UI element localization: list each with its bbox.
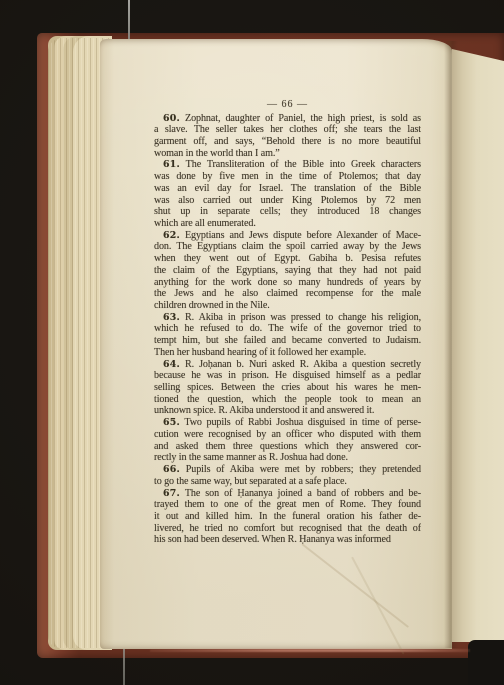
text-line: cution were recognised by an officer who… [154, 429, 421, 441]
paragraph-first-line: 65. Two pupils of Rabbi Joshua disguised… [154, 417, 421, 429]
text-line: anything for the work done so many hundr… [154, 277, 421, 289]
text-line: because he was in prison. He disguised h… [154, 370, 421, 382]
page-paragraphs: 60. Zophnat, daughter of Paniel, the hig… [154, 113, 421, 547]
text-line: garment off, and says, “Behold there is … [154, 136, 421, 148]
paragraph-number: 60. [163, 113, 180, 124]
paragraph-first-line: 66. Pupils of Akiba were met by robbers;… [154, 464, 421, 476]
text-line: to go the same way, but separated at a s… [154, 476, 421, 488]
paragraph-number: 63. [163, 312, 180, 323]
facing-page-sliver [452, 44, 504, 642]
text-line: which he refused to do. The wife of the … [154, 323, 421, 335]
text-line: which are all enumerated. [154, 218, 421, 230]
text-line: don. The Egyptians claim the spoil carri… [154, 241, 421, 253]
text-line: when they went out of Egypt. Gabiha b. P… [154, 253, 421, 265]
paragraph-first-line: 67. The son of Ḥananya joined a band of … [154, 488, 421, 500]
text-line: the Jews and he also claimed recompense … [154, 288, 421, 300]
background-notch [468, 640, 504, 685]
paragraph-number: 64. [163, 359, 180, 370]
printed-text-block: — 66 — 60. Zophnat, daughter of Paniel, … [154, 99, 421, 546]
paragraph-number: 67. [163, 488, 180, 499]
text-line: a slave. The seller takes her clothes of… [154, 124, 421, 136]
hanging-string-bottom [123, 649, 125, 685]
paragraph-number: 65. [163, 417, 180, 428]
paragraph-number: 66. [163, 464, 180, 475]
text-line: tempt him, but she failed and became con… [154, 335, 421, 347]
text-line: unknown spice. R. Akiba understood it an… [154, 405, 421, 417]
paragraph-number: 61. [163, 159, 180, 170]
text-line: woman in the world than I am.” [154, 148, 421, 160]
paragraph-first-line: 62. Egyptians and Jews dispute before Al… [154, 230, 421, 242]
text-line: was also carried out under King Ptolemos… [154, 195, 421, 207]
text-line: was an evil day for Israel. The translat… [154, 183, 421, 195]
paragraph-first-line: 60. Zophnat, daughter of Paniel, the hig… [154, 113, 421, 125]
paragraph-first-line: 64. R. Joḥanan b. Nuri asked R. Akiba a … [154, 359, 421, 371]
text-line: trayed them to one of the great men of R… [154, 499, 421, 511]
text-line: the claim of the Egyptians, saying that … [154, 265, 421, 277]
text-line: livered, he tried no comfort but recogni… [154, 523, 421, 535]
paragraph-number: 62. [163, 230, 180, 241]
text-line: shut up in separate cells; they introduc… [154, 206, 421, 218]
text-line: children drowned in the Nile. [154, 300, 421, 312]
text-line: tioned the question, which the people to… [154, 394, 421, 406]
text-line: it out and killed him. In the funeral or… [154, 511, 421, 523]
paragraph-first-line: 61. The Transliteration of the Bible int… [154, 159, 421, 171]
cover-bottom-edge [150, 649, 470, 652]
text-line: was done by five men in the time of Ptol… [154, 171, 421, 183]
text-line: selling spices. Between the cries about … [154, 382, 421, 394]
paragraph-first-line: 63. R. Akiba in prison was pressed to ch… [154, 312, 421, 324]
text-line: and asked them three questions which the… [154, 441, 421, 453]
text-line: rectly in the same manner as R. Joshua h… [154, 452, 421, 464]
hanging-string-top [128, 0, 130, 39]
text-line: Then her husband hearing of it followed … [154, 347, 421, 359]
book-photograph: { "photo": { "background_color": "#17141… [0, 0, 504, 685]
text-line: his son had been deserved. When R. Ḥanan… [154, 534, 421, 546]
page-number-header: — 66 — [154, 99, 421, 111]
